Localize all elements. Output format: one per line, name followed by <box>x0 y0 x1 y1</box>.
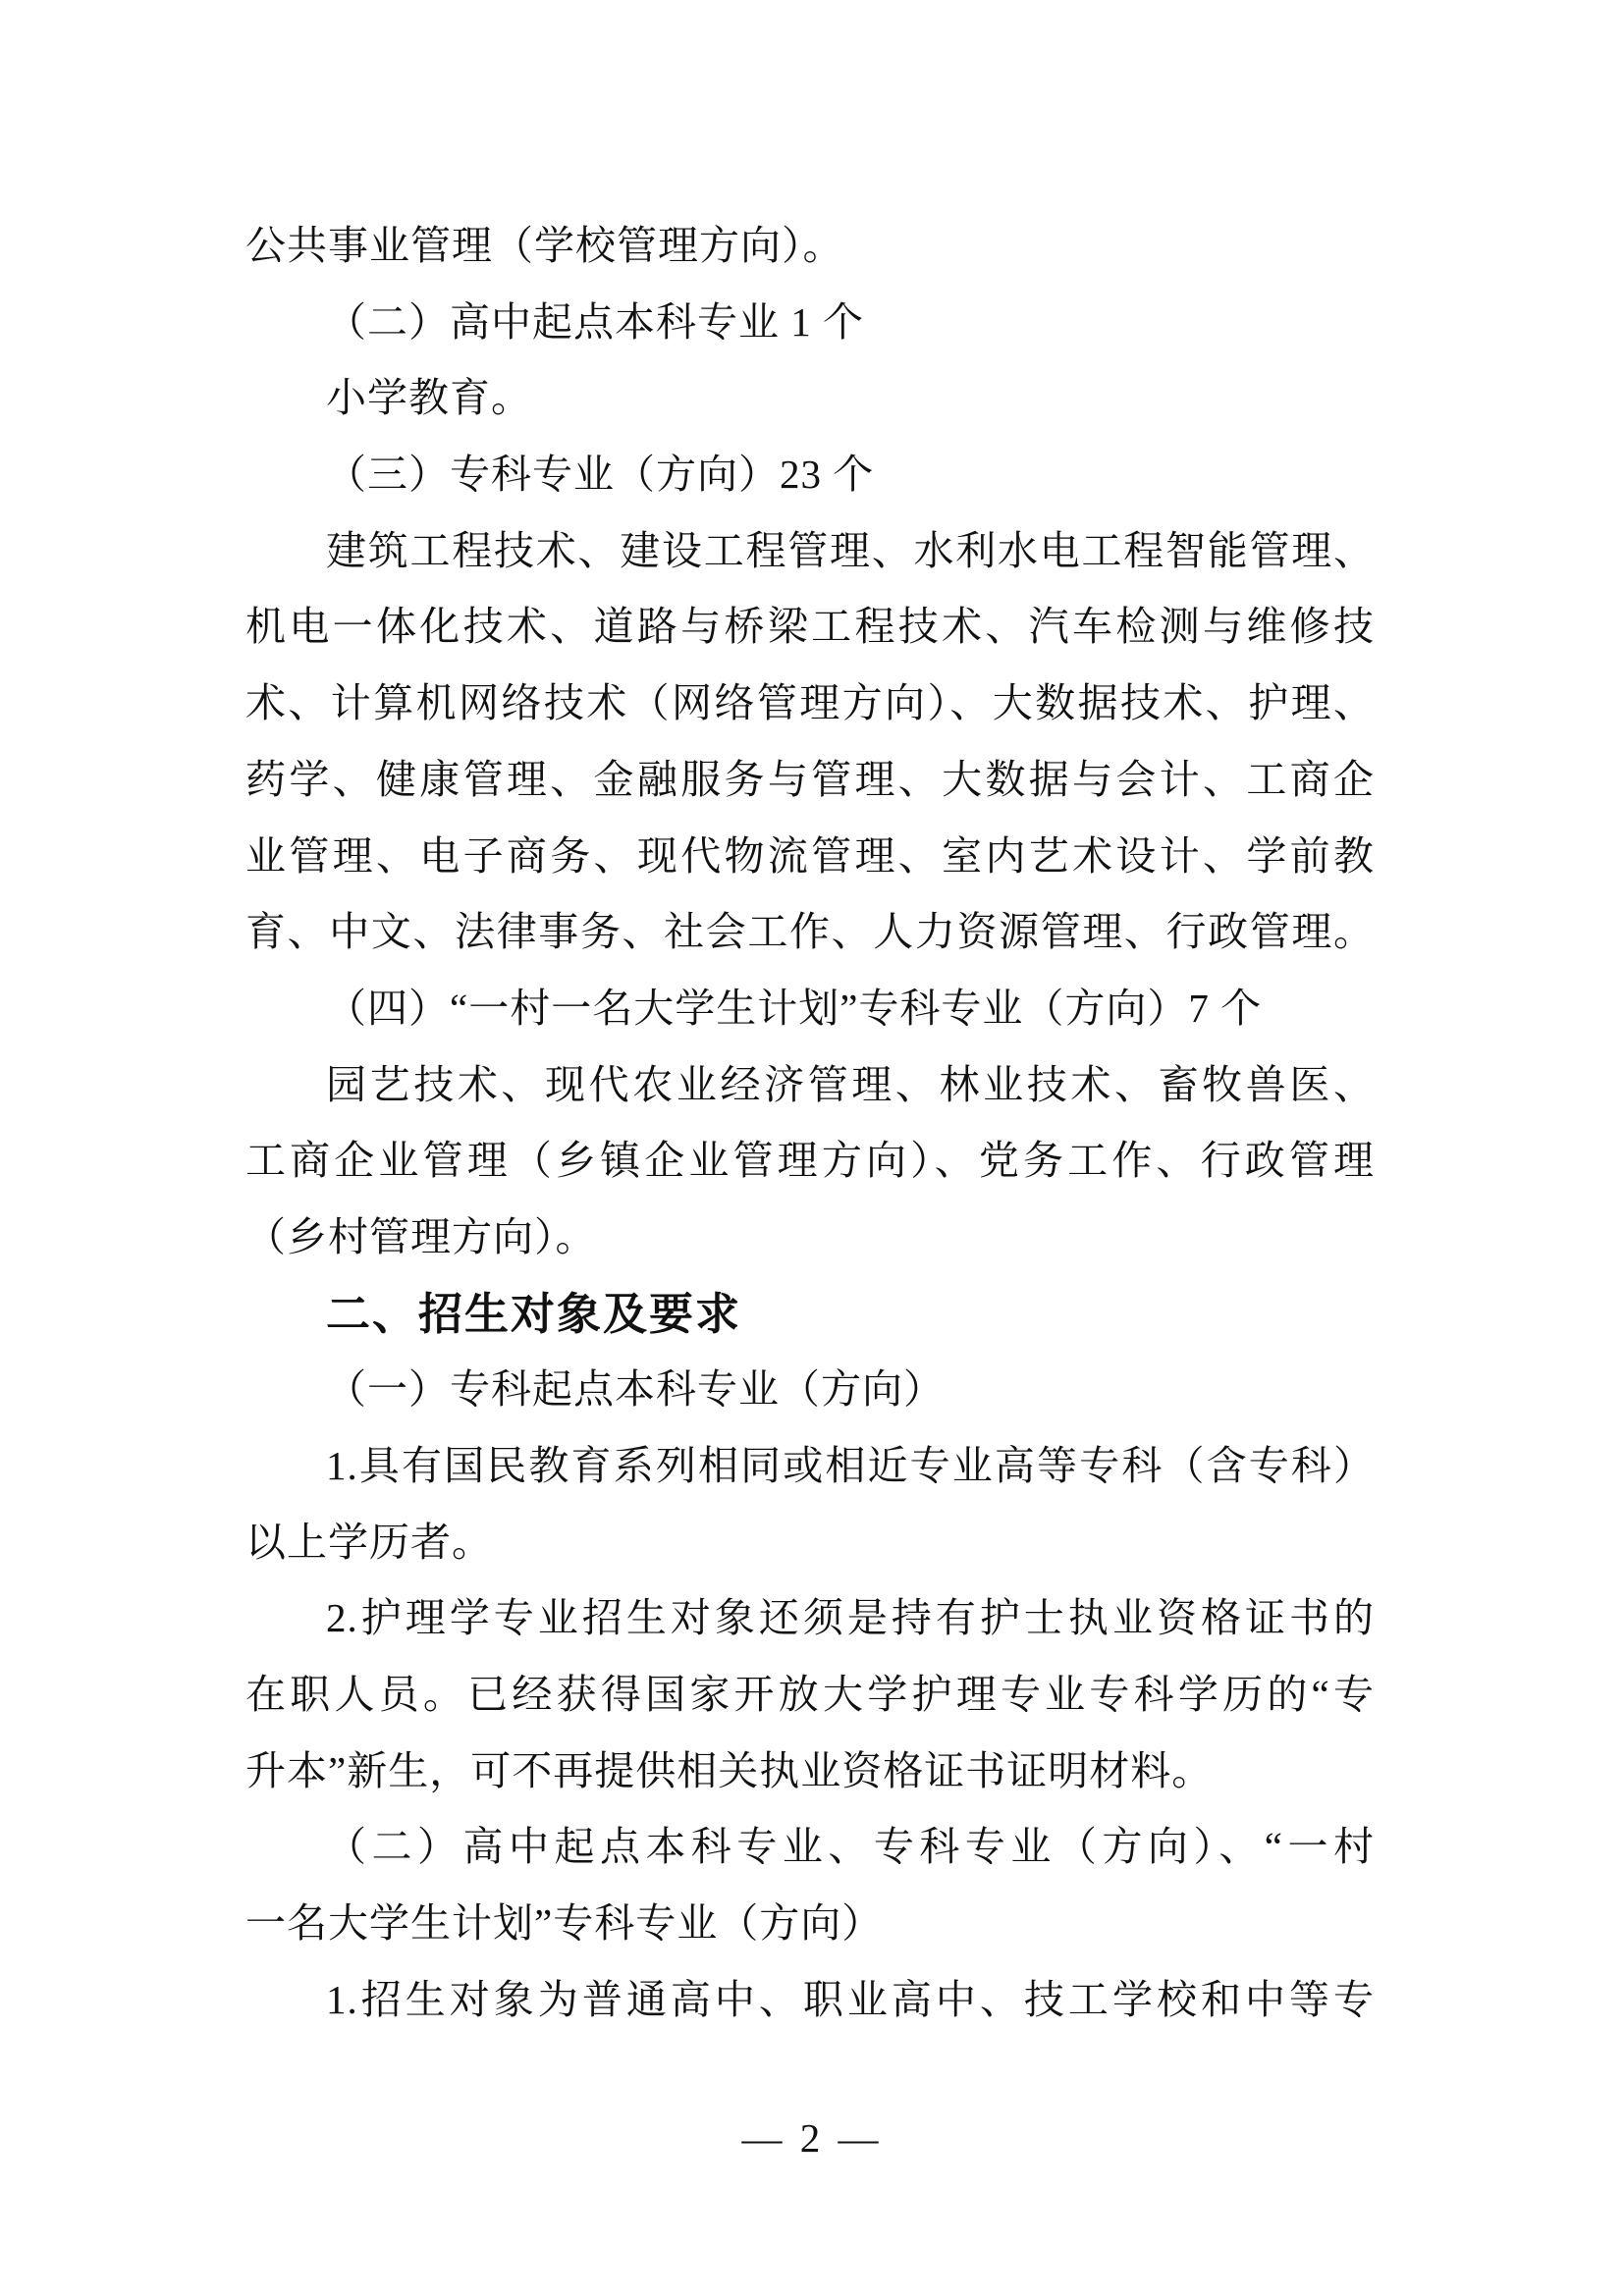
text-line: 建筑工程技术、建设工程管理、水利水电工程智能管理、 <box>245 513 1375 590</box>
page-number-footer: — 2 — <box>0 2109 1624 2167</box>
text-line: 2.护理学专业招生对象还须是持有护士执业资格证书的 <box>245 1580 1375 1657</box>
text-line: 工商企业管理（乡镇企业管理方向）、党务工作、行政管理 <box>245 1123 1375 1200</box>
document-body: 公共事业管理（学校管理方向）。（二）高中起点本科专业 1 个小学教育。（三）专科… <box>245 208 1375 2039</box>
text-line: 机电一体化技术、道路与桥梁工程技术、汽车检测与维修技 <box>245 589 1375 666</box>
text-line: （三）专科专业（方向）23 个 <box>245 437 1375 513</box>
text-line: （二）高中起点本科专业 1 个 <box>245 285 1375 361</box>
text-line: 以上学历者。 <box>245 1505 1375 1581</box>
text-line: 术、计算机网络技术（网络管理方向）、大数据技术、护理、 <box>245 666 1375 742</box>
text-line: 在职人员。已经获得国家开放大学护理专业专科学历的“专 <box>245 1657 1375 1734</box>
text-line: （四）“一村一名大学生计划”专科专业（方向）7 个 <box>245 971 1375 1047</box>
text-line: 药学、健康管理、金融服务与管理、大数据与会计、工商企 <box>245 742 1375 819</box>
text-line: 园艺技术、现代农业经济管理、林业技术、畜牧兽医、 <box>245 1047 1375 1124</box>
text-line: 业管理、电子商务、现代物流管理、室内艺术设计、学前教 <box>245 819 1375 895</box>
document-page: 公共事业管理（学校管理方向）。（二）高中起点本科专业 1 个小学教育。（三）专科… <box>0 0 1624 2296</box>
text-line: 小学教育。 <box>245 360 1375 437</box>
text-line: （二）高中起点本科专业、专科专业（方向）、“一村 <box>245 1809 1375 1886</box>
text-line: 1.招生对象为普通高中、职业高中、技工学校和中等专 <box>245 1962 1375 2039</box>
text-line: 公共事业管理（学校管理方向）。 <box>245 208 1375 285</box>
text-line: 一名大学生计划”专科专业（方向） <box>245 1886 1375 1962</box>
section-heading: 二、招生对象及要求 <box>245 1276 1375 1353</box>
text-line: 1.具有国民教育系列相同或相近专业高等专科（含专科） <box>245 1428 1375 1505</box>
text-line: （乡村管理方向）。 <box>245 1200 1375 1276</box>
text-line: 升本”新生，可不再提供相关执业资格证书证明材料。 <box>245 1734 1375 1810</box>
text-line: （一）专科起点本科专业（方向） <box>245 1352 1375 1428</box>
text-line: 育、中文、法律事务、社会工作、人力资源管理、行政管理。 <box>245 894 1375 971</box>
